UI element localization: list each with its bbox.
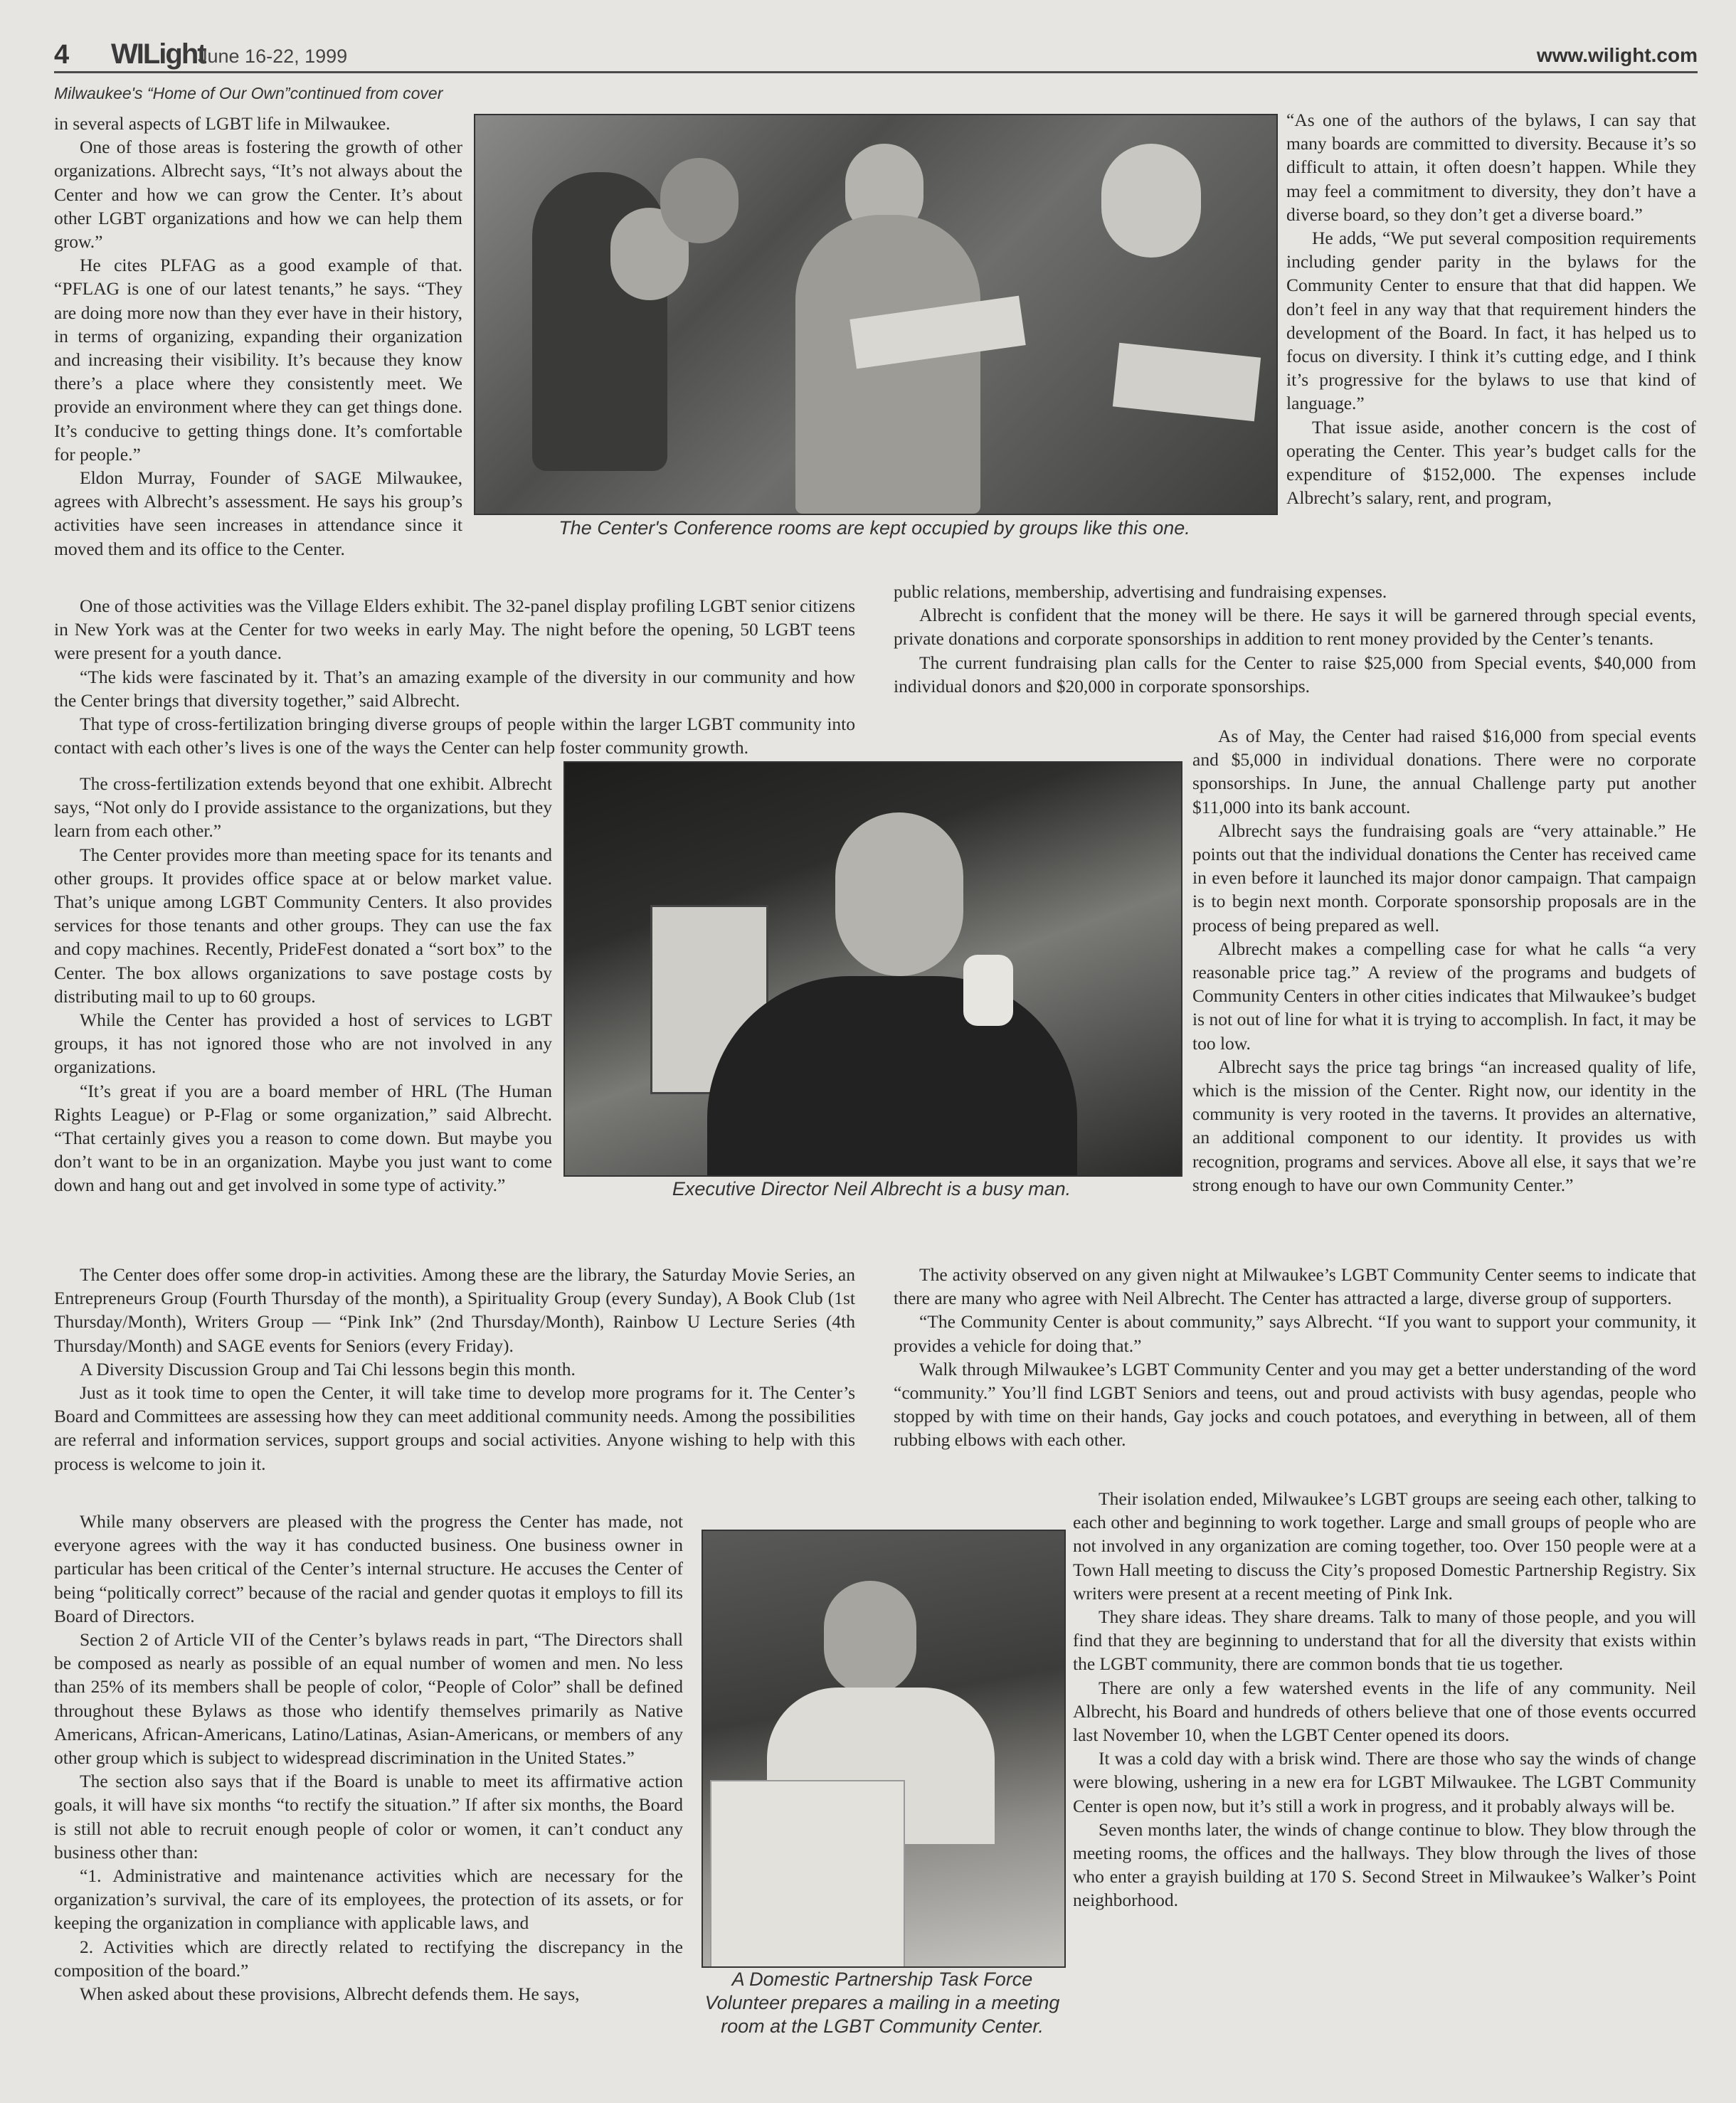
paragraph: The Center does offer some drop-in activ…: [54, 1263, 855, 1357]
photo-face: [1101, 144, 1201, 258]
paragraph: It was a cold day with a brisk wind. The…: [1073, 1747, 1696, 1818]
article-body-right-narrow: As of May, the Center had raised $16,000…: [1192, 724, 1696, 1197]
paragraph: He adds, “We put several composition req…: [1286, 226, 1696, 415]
article-column-left-top: in several aspects of LGBT life in Milwa…: [54, 112, 462, 561]
website-url[interactable]: www.wilight.com: [1537, 44, 1698, 67]
paragraph: “The kids were fascinated by it. That’s …: [54, 665, 855, 712]
paragraph: “1. Administrative and maintenance activ…: [54, 1864, 683, 1935]
paragraph: The current fundraising plan calls for t…: [894, 651, 1696, 698]
paragraph: Albrecht says the price tag brings “an i…: [1192, 1055, 1696, 1197]
header-rule: [54, 71, 1698, 73]
paragraph: While many observers are pleased with th…: [54, 1510, 683, 1628]
issue-date: June 16-22, 1999: [198, 46, 347, 68]
paragraph: Seven months later, the winds of change …: [1073, 1818, 1696, 1912]
paragraph: public relations, membership, advertisin…: [894, 580, 1696, 603]
paragraph: That issue aside, another concern is the…: [1286, 415, 1696, 510]
paragraph: One of those activities was the Village …: [54, 594, 855, 665]
paragraph: Walk through Milwaukee’s LGBT Community …: [894, 1357, 1696, 1452]
director-photo-caption: Executive Director Neil Albrecht is a bu…: [563, 1177, 1180, 1201]
volunteer-photo-caption: A Domestic Partnership Task Force Volunt…: [702, 1968, 1063, 2038]
paragraph: The Center provides more than meeting sp…: [54, 843, 552, 1008]
paragraph: The section also says that if the Board …: [54, 1769, 683, 1864]
executive-director-photo: [563, 761, 1182, 1177]
article-body-left-narrow: The cross-fertilization extends beyond t…: [54, 772, 552, 1197]
paragraph: There are only a few watershed events in…: [1073, 1676, 1696, 1747]
photo-mail-box: [710, 1780, 905, 1968]
paragraph: Albrecht says the fundraising goals are …: [1192, 819, 1696, 937]
article-body-left: One of those activities was the Village …: [54, 594, 855, 759]
paragraph: Albrecht is confident that the money wil…: [894, 603, 1696, 650]
photo-figure: [707, 976, 1077, 1177]
article-body-right: public relations, membership, advertisin…: [894, 580, 1696, 698]
volunteer-photo: [702, 1530, 1066, 1968]
article-column-right-top: “As one of the authors of the bylaws, I …: [1286, 108, 1696, 509]
photo-face: [660, 158, 739, 243]
paragraph: A Diversity Discussion Group and Tai Chi…: [54, 1357, 855, 1381]
paragraph: 2. Activities which are directly related…: [54, 1935, 683, 1982]
paragraph: One of those areas is fostering the grow…: [54, 135, 462, 253]
paragraph: Eldon Murray, Founder of SAGE Milwaukee,…: [54, 466, 462, 561]
photo-face: [835, 812, 963, 976]
paragraph: He cites PLFAG as a good example of that…: [54, 253, 462, 466]
page-header: 4 WILight June 16-22, 1999 www.wilight.c…: [54, 37, 1698, 73]
paragraph: That type of cross-fertilization bringin…: [54, 712, 855, 759]
paragraph: “As one of the authors of the bylaws, I …: [1286, 108, 1696, 226]
article-body-left-bottom: While many observers are pleased with th…: [54, 1510, 683, 2006]
article-body-right-bottom: Their isolation ended, Milwaukee’s LGBT …: [1073, 1487, 1696, 1912]
paragraph: The activity observed on any given night…: [894, 1263, 1696, 1310]
paragraph: Just as it took time to open the Center,…: [54, 1381, 855, 1476]
paragraph: Section 2 of Article VII of the Center’s…: [54, 1628, 683, 1769]
paragraph: They share ideas. They share dreams. Tal…: [1073, 1605, 1696, 1676]
paragraph: Their isolation ended, Milwaukee’s LGBT …: [1073, 1487, 1696, 1605]
photo-papers: [1113, 343, 1261, 421]
paragraph: The cross-fertilization extends beyond t…: [54, 772, 552, 843]
paragraph: in several aspects of LGBT life in Milwa…: [54, 112, 462, 135]
paragraph: As of May, the Center had raised $16,000…: [1192, 724, 1696, 819]
continuation-kicker: Milwaukee's “Home of Our Own”continued f…: [54, 84, 467, 103]
page-number: 4: [54, 40, 69, 70]
paragraph: “The Community Center is about community…: [894, 1310, 1696, 1357]
conference-room-photo: [474, 114, 1278, 515]
photo-face: [824, 1581, 916, 1695]
publication-logo: WILight: [111, 38, 206, 70]
paragraph: While the Center has provided a host of …: [54, 1008, 552, 1079]
paragraph: When asked about these provisions, Albre…: [54, 1982, 683, 2006]
photo-telephone: [963, 955, 1013, 1026]
paragraph: Albrecht makes a compelling case for wha…: [1192, 937, 1696, 1055]
paragraph: “It’s great if you are a board member of…: [54, 1079, 552, 1197]
article-body-left-wide: The Center does offer some drop-in activ…: [54, 1263, 855, 1476]
article-body-right-wide: The activity observed on any given night…: [894, 1263, 1696, 1452]
conference-photo-caption: The Center's Conference rooms are kept o…: [474, 517, 1275, 540]
